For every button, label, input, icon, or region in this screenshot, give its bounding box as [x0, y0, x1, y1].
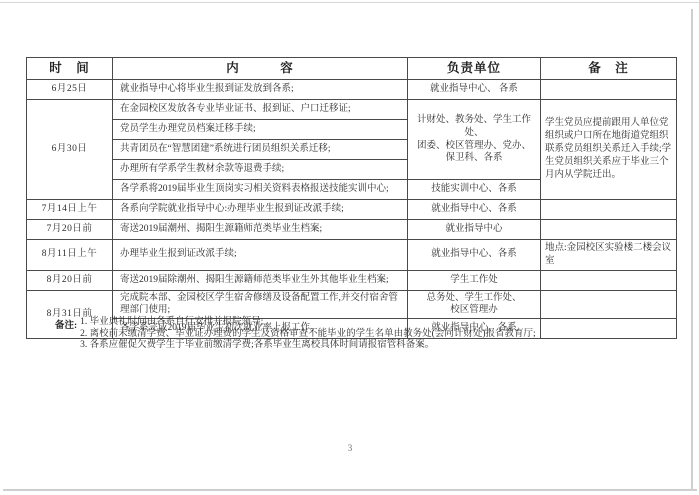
- remark-cell: 学生党员应提前跟用人单位党组织或户口所在地街道党组织联系党员组织关系迁入手续;学…: [541, 100, 677, 200]
- table-row: 7月20日前 寄送2019届潮州、揭阳生源籍师范类毕业生档案; 就业指导中心: [27, 220, 677, 240]
- remark-cell: [541, 270, 677, 290]
- unit-cell: 就业指导中心、各系: [408, 240, 541, 271]
- unit-cell: 学生工作处: [408, 270, 541, 290]
- unit-cell: 就业指导中心: [408, 220, 541, 240]
- note-item: 2. 离校前未缴清学费、毕业证办理费的学生及资格审查不能毕业的学生名单由教务处(…: [80, 329, 535, 341]
- content-cell: 寄送2019届潮州、揭阳生源籍师范类毕业生档案;: [113, 220, 408, 240]
- unit-cell: 就业指导中心、各系: [408, 200, 541, 220]
- content-cell: 办理所有学系学生教材余款等退费手续;: [113, 160, 408, 180]
- note-item: 3. 各系应催促欠费学生于毕业前缴清学费;各系毕业生离校具体时间请报宿管科备案。: [80, 340, 535, 352]
- table-header-row: 时 间 内 容 负责单位 备 注: [27, 58, 677, 80]
- unit-cell: 就业指导中心、 各系: [408, 80, 541, 100]
- content-cell: 办理毕业生报到证改派手续;: [113, 240, 408, 271]
- page-number: 3: [345, 443, 355, 453]
- unit-cell: 计财处、教务处、学生工作处、 团委、校区管理办、党办、 保卫科、各系: [408, 100, 541, 180]
- time-cell: 8月11日上午: [27, 240, 113, 271]
- note-item: 1. 毕业典礼时间由各系自行安排并报院领导;: [80, 317, 535, 329]
- content-cell: 各系向学院就业指导中心:办理毕业生报到证改派手续;: [113, 200, 408, 220]
- table-row: 7月14日上午 各系向学院就业指导中心:办理毕业生报到证改派手续; 就业指导中心…: [27, 200, 677, 220]
- content-cell: 寄送2019届除潮州、揭阳生源籍师范类毕业生外其他毕业生档案;: [113, 270, 408, 290]
- content-cell: 各学系将2019届毕业生顶岗实习相关资料表格报送技能实训中心;: [113, 180, 408, 200]
- unit-cell: 总务处、学生工作处、 校区管理办: [408, 290, 541, 319]
- table-row: 8月31日前 完成院本部、金园校区学生宿舍修缮及设备配置工作,并交付宿舍管理部门…: [27, 290, 677, 319]
- time-cell: 8月20日前: [27, 270, 113, 290]
- remark-cell: [541, 80, 677, 100]
- time-cell: 6月25日: [27, 80, 113, 100]
- unit-cell: 技能实训中心、各系: [408, 180, 541, 200]
- table-row: 8月20日前 寄送2019届除潮州、揭阳生源籍师范类毕业生外其他毕业生档案; 学…: [27, 270, 677, 290]
- content-cell: 在金园校区发放各专业毕业证书、报到证、户口迁移证;: [113, 100, 408, 120]
- col-header-content: 内 容: [113, 58, 408, 80]
- time-cell: 6月30日: [27, 100, 113, 200]
- remark-cell: [541, 200, 677, 220]
- time-cell: 7月20日前: [27, 220, 113, 240]
- table-row: 6月30日 在金园校区发放各专业毕业证书、报到证、户口迁移证; 计财处、教务处、…: [27, 100, 677, 120]
- schedule-table: 时 间 内 容 负责单位 备 注 6月25日 就业指导中心将毕业生报到证发放到各…: [26, 57, 677, 339]
- notes-items: 1. 毕业典礼时间由各系自行安排并报院领导; 2. 离校前未缴清学费、毕业证办理…: [80, 317, 535, 352]
- table-row: 6月25日 就业指导中心将毕业生报到证发放到各系; 就业指导中心、 各系: [27, 80, 677, 100]
- table-row: 8月11日上午 办理毕业生报到证改派手续; 就业指导中心、各系 地点:金园校区实…: [27, 240, 677, 271]
- col-header-time: 时 间: [27, 58, 113, 80]
- col-header-remark: 备 注: [541, 58, 677, 80]
- col-header-unit: 负责单位: [408, 58, 541, 80]
- notes-section: 备注: 1. 毕业典礼时间由各系自行安排并报院领导; 2. 离校前未缴清学费、毕…: [55, 317, 655, 352]
- page-edge-right: [691, 9, 693, 491]
- page-edge-bottom: [3, 489, 697, 491]
- notes-label: 备注:: [55, 317, 77, 331]
- remark-cell: [541, 220, 677, 240]
- time-cell: 7月14日上午: [27, 200, 113, 220]
- remark-cell: 地点:金园校区实验楼二楼会议室: [541, 240, 677, 271]
- page-edge-top: [0, 2, 699, 3]
- content-cell: 共青团员在“智慧团建”系统进行团员组织关系迁移;: [113, 140, 408, 160]
- remark-cell: [541, 290, 677, 319]
- content-cell: 党员学生办理党员档案迁移手续;: [113, 120, 408, 140]
- content-cell: 就业指导中心将毕业生报到证发放到各系;: [113, 80, 408, 100]
- document-page: 时 间 内 容 负责单位 备 注 6月25日 就业指导中心将毕业生报到证发放到各…: [0, 0, 699, 495]
- content-cell: 完成院本部、金园校区学生宿舍修缮及设备配置工作,并交付宿舍管理部门使用;: [113, 290, 408, 319]
